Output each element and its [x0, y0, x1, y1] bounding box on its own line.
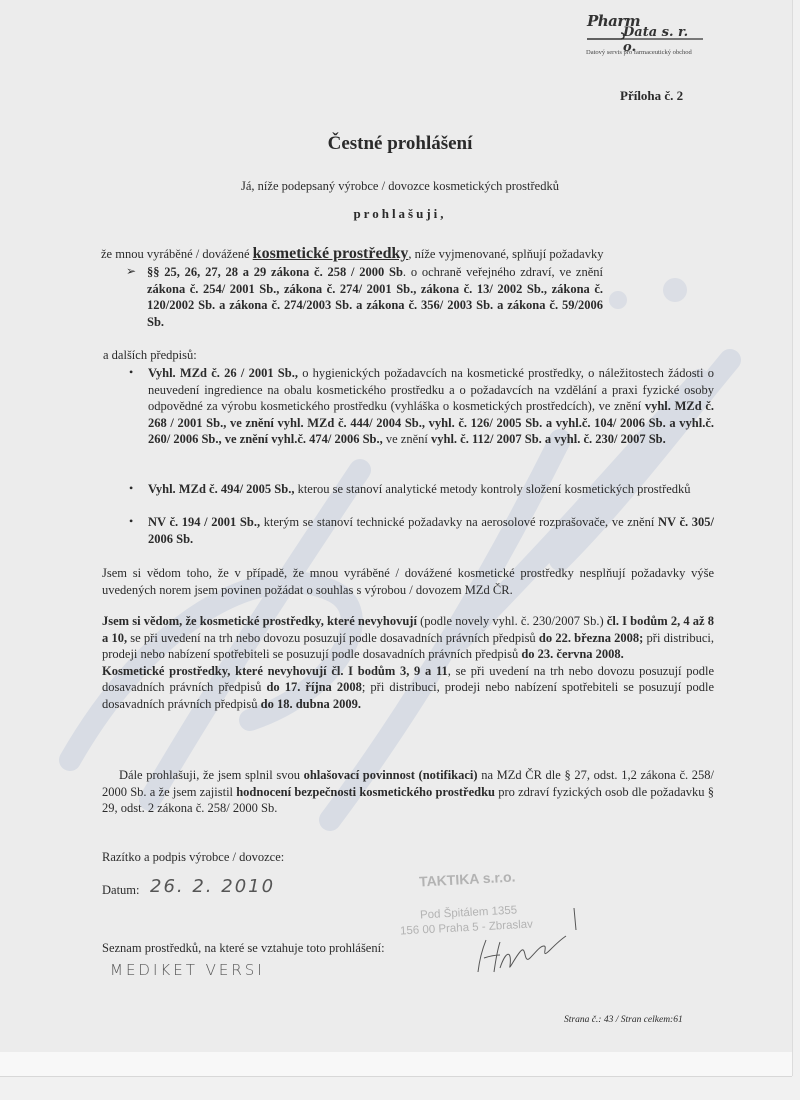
transition-b5: Kosmetické prostředky, které nevyhovují … — [102, 664, 448, 678]
transition-b6: do 17. října 2008 — [266, 680, 361, 694]
transition-paragraph: Jsem si vědom, že kosmetické prostředky,… — [102, 613, 714, 712]
transition-t2: se při uvedení na trh nebo dovozu posuzu… — [127, 631, 539, 645]
transition-b7: do 18. dubna 2009. — [261, 697, 361, 711]
page-title: Čestné prohlášení — [0, 133, 800, 155]
annex-number: Příloha č. 2 — [620, 88, 683, 104]
date-label: Datum: — [102, 882, 140, 898]
bullet-icon: • — [129, 514, 133, 529]
notification-b1: ohlašovací povinnost (notifikaci) — [304, 768, 478, 782]
other-regs-heading: a dalších předpisů: — [103, 347, 197, 363]
regulation-1-title: Vyhl. MZd č. 26 / 2001 Sb., — [148, 366, 298, 380]
regulation-1-text2: ve znění — [383, 432, 431, 446]
bullet-icon: • — [129, 481, 133, 496]
law-list-item: §§ 25, 26, 27, 28 a 29 zákona č. 258 / 2… — [147, 264, 603, 330]
cosmetic-products-emphasis: kosmetické prostředky — [253, 245, 409, 262]
regulation-item-1: Vyhl. MZd č. 26 / 2001 Sb., o hygienický… — [148, 365, 714, 448]
intro-products-line: že mnou vyráběné / dovážené kosmetické p… — [101, 246, 603, 262]
declaration-word: prohlašuji, — [0, 206, 800, 222]
page-bottom-edge — [0, 1052, 792, 1077]
law-amendments-bold: zákona č. 254/ 2001 Sb., zákona č. 274/ … — [147, 282, 603, 329]
notification-paragraph: Dále prohlašuji, že jsem splnil svou ohl… — [102, 767, 714, 817]
handwritten-date: 26. 2. 2010 — [150, 876, 275, 897]
law-ref-text: . o ochraně veřejného zdraví, ve znění — [403, 265, 603, 279]
transition-b1: Jsem si vědom, že kosmetické prostředky,… — [102, 614, 417, 628]
regulation-3-title: NV č. 194 / 2001 Sb., — [148, 515, 260, 529]
intro-line: Já, níže podepsaný výrobce / dovozce kos… — [0, 178, 800, 194]
signature-icon — [470, 900, 590, 980]
consent-paragraph: Jsem si vědom toho, že v případě, že mno… — [102, 565, 714, 598]
regulation-2-title: Vyhl. MZd č. 494/ 2005 Sb., — [148, 482, 294, 496]
regulation-1-amendments2: vyhl. č. 112/ 2007 Sb. a vyhl. č. 230/ 2… — [431, 432, 666, 446]
arrow-bullet-icon: ➢ — [126, 264, 136, 279]
bullet-icon: • — [129, 365, 133, 380]
transition-b4: do 23. června 2008. — [521, 647, 623, 661]
intro-products-post: , níže vyjmenované, splňují požadavky — [408, 247, 603, 261]
stamp-signature-label: Razítko a podpis výrobce / dovozce: — [102, 849, 284, 865]
regulation-item-2: Vyhl. MZd č. 494/ 2005 Sb., kterou se st… — [148, 481, 714, 498]
page-counter: Strana č.: 43 / Stran celkem:61 — [564, 1015, 683, 1025]
handwritten-product: MEDIKET VERSI — [110, 961, 265, 979]
intro-products-pre: že mnou vyráběné / dovážené — [101, 247, 250, 261]
logo-tagline: Datový servis pro farmaceutický obchod — [586, 49, 692, 56]
notification-t1: Dále prohlašuji, že jsem splnil svou — [119, 768, 304, 782]
law-ref-bold: §§ 25, 26, 27, 28 a 29 zákona č. 258 / 2… — [147, 265, 403, 279]
product-list-label: Seznam prostředků, na které se vztahuje … — [102, 940, 385, 956]
transition-t1: (podle novely vyhl. č. 230/2007 Sb.) — [417, 614, 607, 628]
notification-b2: hodnocení bezpečnosti kosmetického prost… — [236, 785, 495, 799]
transition-b3: do 22. března 2008; — [539, 631, 643, 645]
regulation-3-text: kterým se stanoví technické požadavky na… — [260, 515, 658, 529]
regulation-item-3: NV č. 194 / 2001 Sb., kterým se stanoví … — [148, 514, 714, 547]
regulation-2-text: kterou se stanoví analytické metody kont… — [294, 482, 690, 496]
